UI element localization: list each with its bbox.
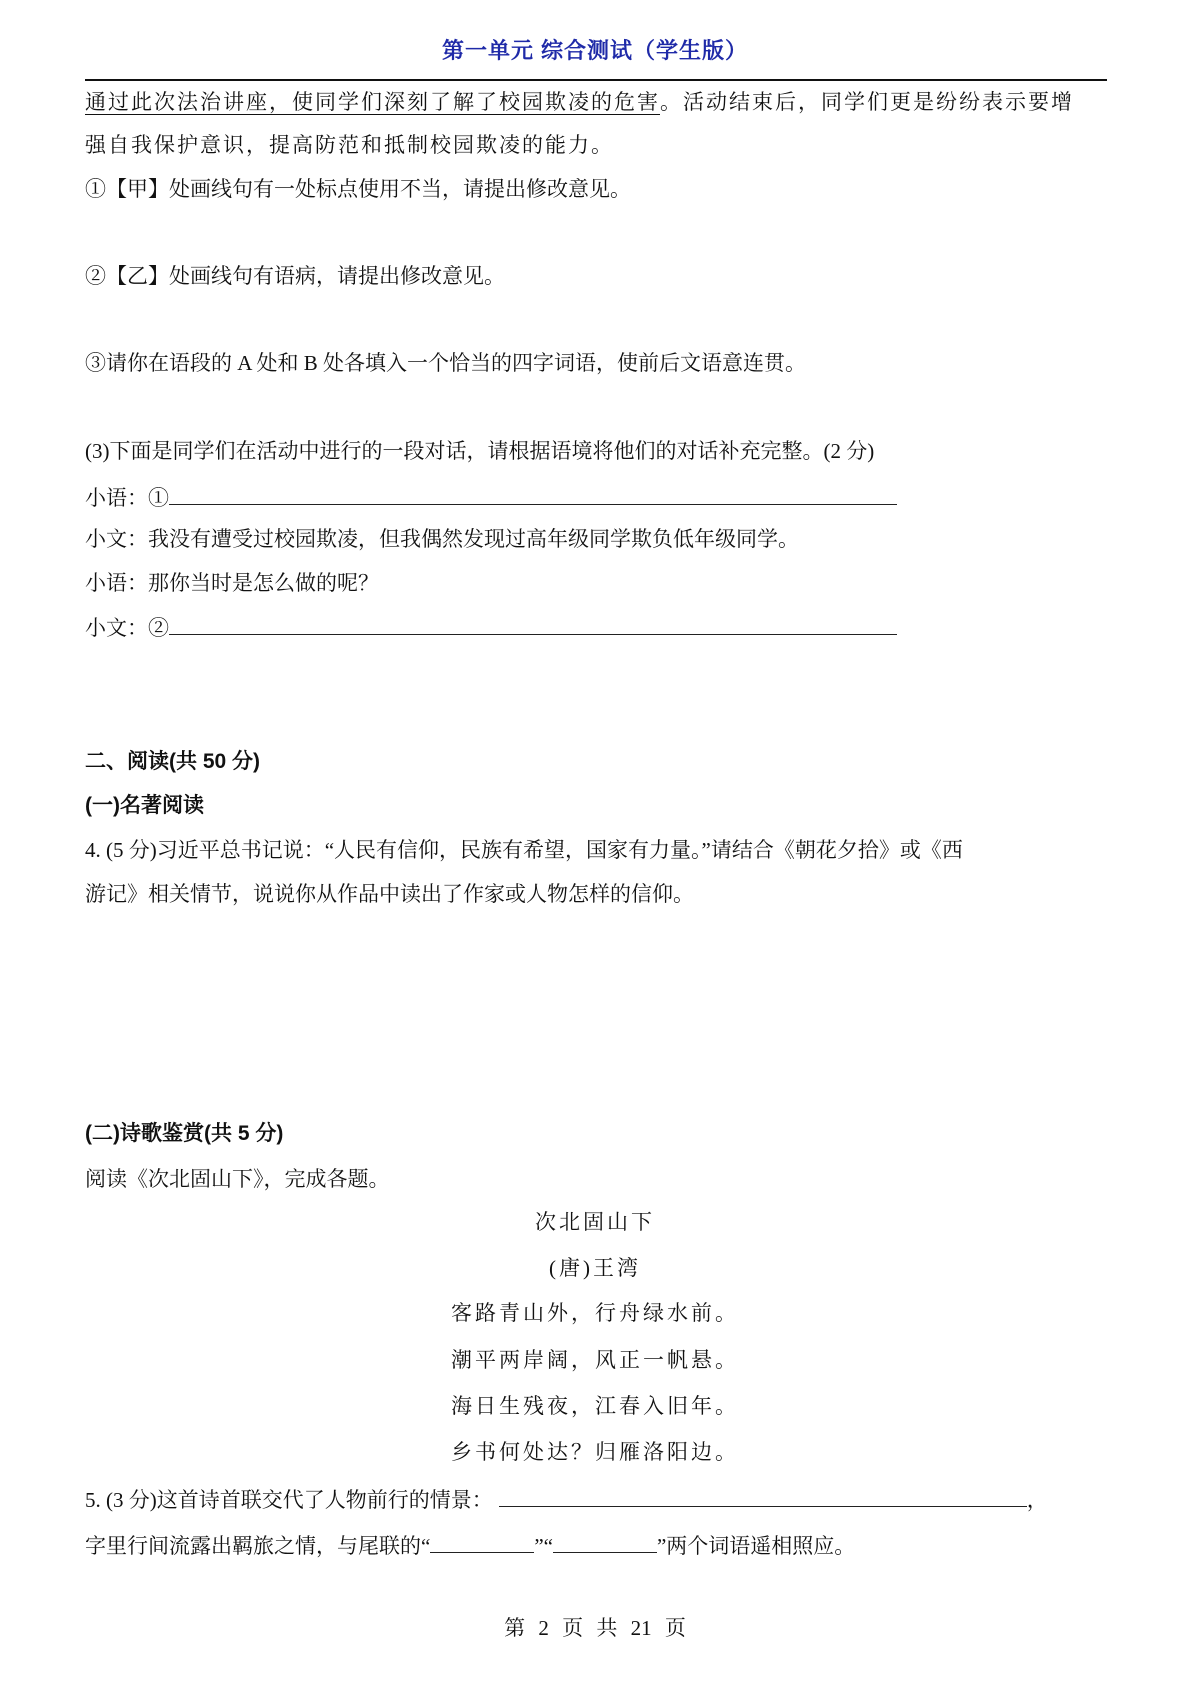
poem-title: 次北固山下	[0, 1208, 1190, 1236]
dialogue-speaker: 小语：	[85, 486, 148, 510]
question-2: ②【乙】处画线句有语病，请提出修改意见。	[85, 262, 505, 290]
answer-blank-word-2[interactable]	[553, 1530, 657, 1553]
passage-line-1-rest: 。活动结束后，同学们更是纷纷表示要增	[660, 90, 1074, 114]
dialogue-line-1: 小语：①	[85, 482, 897, 512]
poem-line: 客路青山外，行舟绿水前。	[0, 1299, 1190, 1327]
header-divider	[85, 79, 1107, 81]
dialogue-line-3: 小语：那你当时是怎么做的呢？	[85, 569, 379, 597]
dialogue-line-4: 小文：②	[85, 612, 897, 642]
dialogue-marker: ②	[148, 616, 169, 640]
dialogue-intro: (3)下面是同学们在活动中进行的一段对话，请根据语境将他们的对话补充完整。(2 …	[85, 437, 874, 465]
dialogue-marker: ①	[148, 486, 169, 510]
q5-line2-suffix: ”两个词语遥相照应。	[657, 1534, 855, 1558]
poem-intro: 阅读《次北固山下》，完成各题。	[85, 1165, 390, 1193]
question-1: ①【甲】处画线句有一处标点使用不当，请提出修改意见。	[85, 175, 631, 203]
poem-author: (唐)王湾	[0, 1254, 1190, 1282]
answer-blank-word-1[interactable]	[430, 1530, 534, 1553]
question-4-line-1: 4. (5 分)习近平总书记说：“人民有信仰，民族有希望，国家有力量。”请结合《…	[85, 836, 963, 864]
question-5-line-2: 字里行间流露出羁旅之情，与尾联的“”“”两个词语遥相照应。	[85, 1530, 855, 1560]
dialogue-text: 我没有遭受过校园欺凌，但我偶然发现过高年级同学欺负低年级同学。	[148, 527, 799, 551]
subsection-classics-reading: (一)名著阅读	[85, 792, 204, 820]
poem-line: 海日生残夜，江春入旧年。	[0, 1392, 1190, 1420]
q5-line2-mid: ”“	[534, 1534, 553, 1558]
q5-line2-prefix: 字里行间流露出羁旅之情，与尾联的“	[85, 1534, 430, 1558]
dialogue-line-2: 小文：我没有遭受过校园欺凌，但我偶然发现过高年级同学欺负低年级同学。	[85, 525, 799, 553]
answer-blank-1[interactable]	[169, 482, 897, 505]
question-3: ③请你在语段的 A 处和 B 处各填入一个恰当的四字词语，使前后文语意连贯。	[85, 349, 806, 377]
page-header-title: 第一单元 综合测试（学生版）	[0, 34, 1190, 65]
page-number: 第 2 页 共 21 页	[0, 1612, 1190, 1642]
question-4-line-2: 游记》相关情节，说说你从作品中读出了作家或人物怎样的信仰。	[85, 880, 694, 908]
dialogue-text: 那你当时是怎么做的呢？	[148, 571, 379, 595]
passage-line-2: 强自我保护意识，提高防范和抵制校园欺凌的能力。	[85, 131, 614, 159]
answer-blank-scene[interactable]	[499, 1484, 1027, 1507]
dialogue-speaker: 小语：	[85, 571, 148, 595]
q5-prefix: 5. (3 分)这首诗首联交代了人物前行的情景：	[85, 1488, 493, 1512]
subsection-poetry: (二)诗歌鉴赏(共 5 分)	[85, 1120, 283, 1148]
passage-line-1: 通过此次法治讲座，使同学们深刻了解了校园欺凌的危害。活动结束后，同学们更是纷纷表…	[85, 88, 1074, 116]
dialogue-speaker: 小文：	[85, 527, 148, 551]
answer-blank-2[interactable]	[169, 612, 897, 635]
section-heading-reading: 二、阅读(共 50 分)	[85, 748, 260, 776]
q5-suffix: ，	[1027, 1488, 1048, 1512]
poem-line: 潮平两岸阔，风正一帆悬。	[0, 1346, 1190, 1374]
underlined-sentence-jia: 通过此次法治讲座，使同学们深刻了解了校园欺凌的危害	[85, 90, 660, 114]
question-5-line-1: 5. (3 分)这首诗首联交代了人物前行的情景：，	[85, 1484, 1048, 1514]
poem-line: 乡书何处达？归雁洛阳边。	[0, 1438, 1190, 1466]
dialogue-speaker: 小文：	[85, 616, 148, 640]
